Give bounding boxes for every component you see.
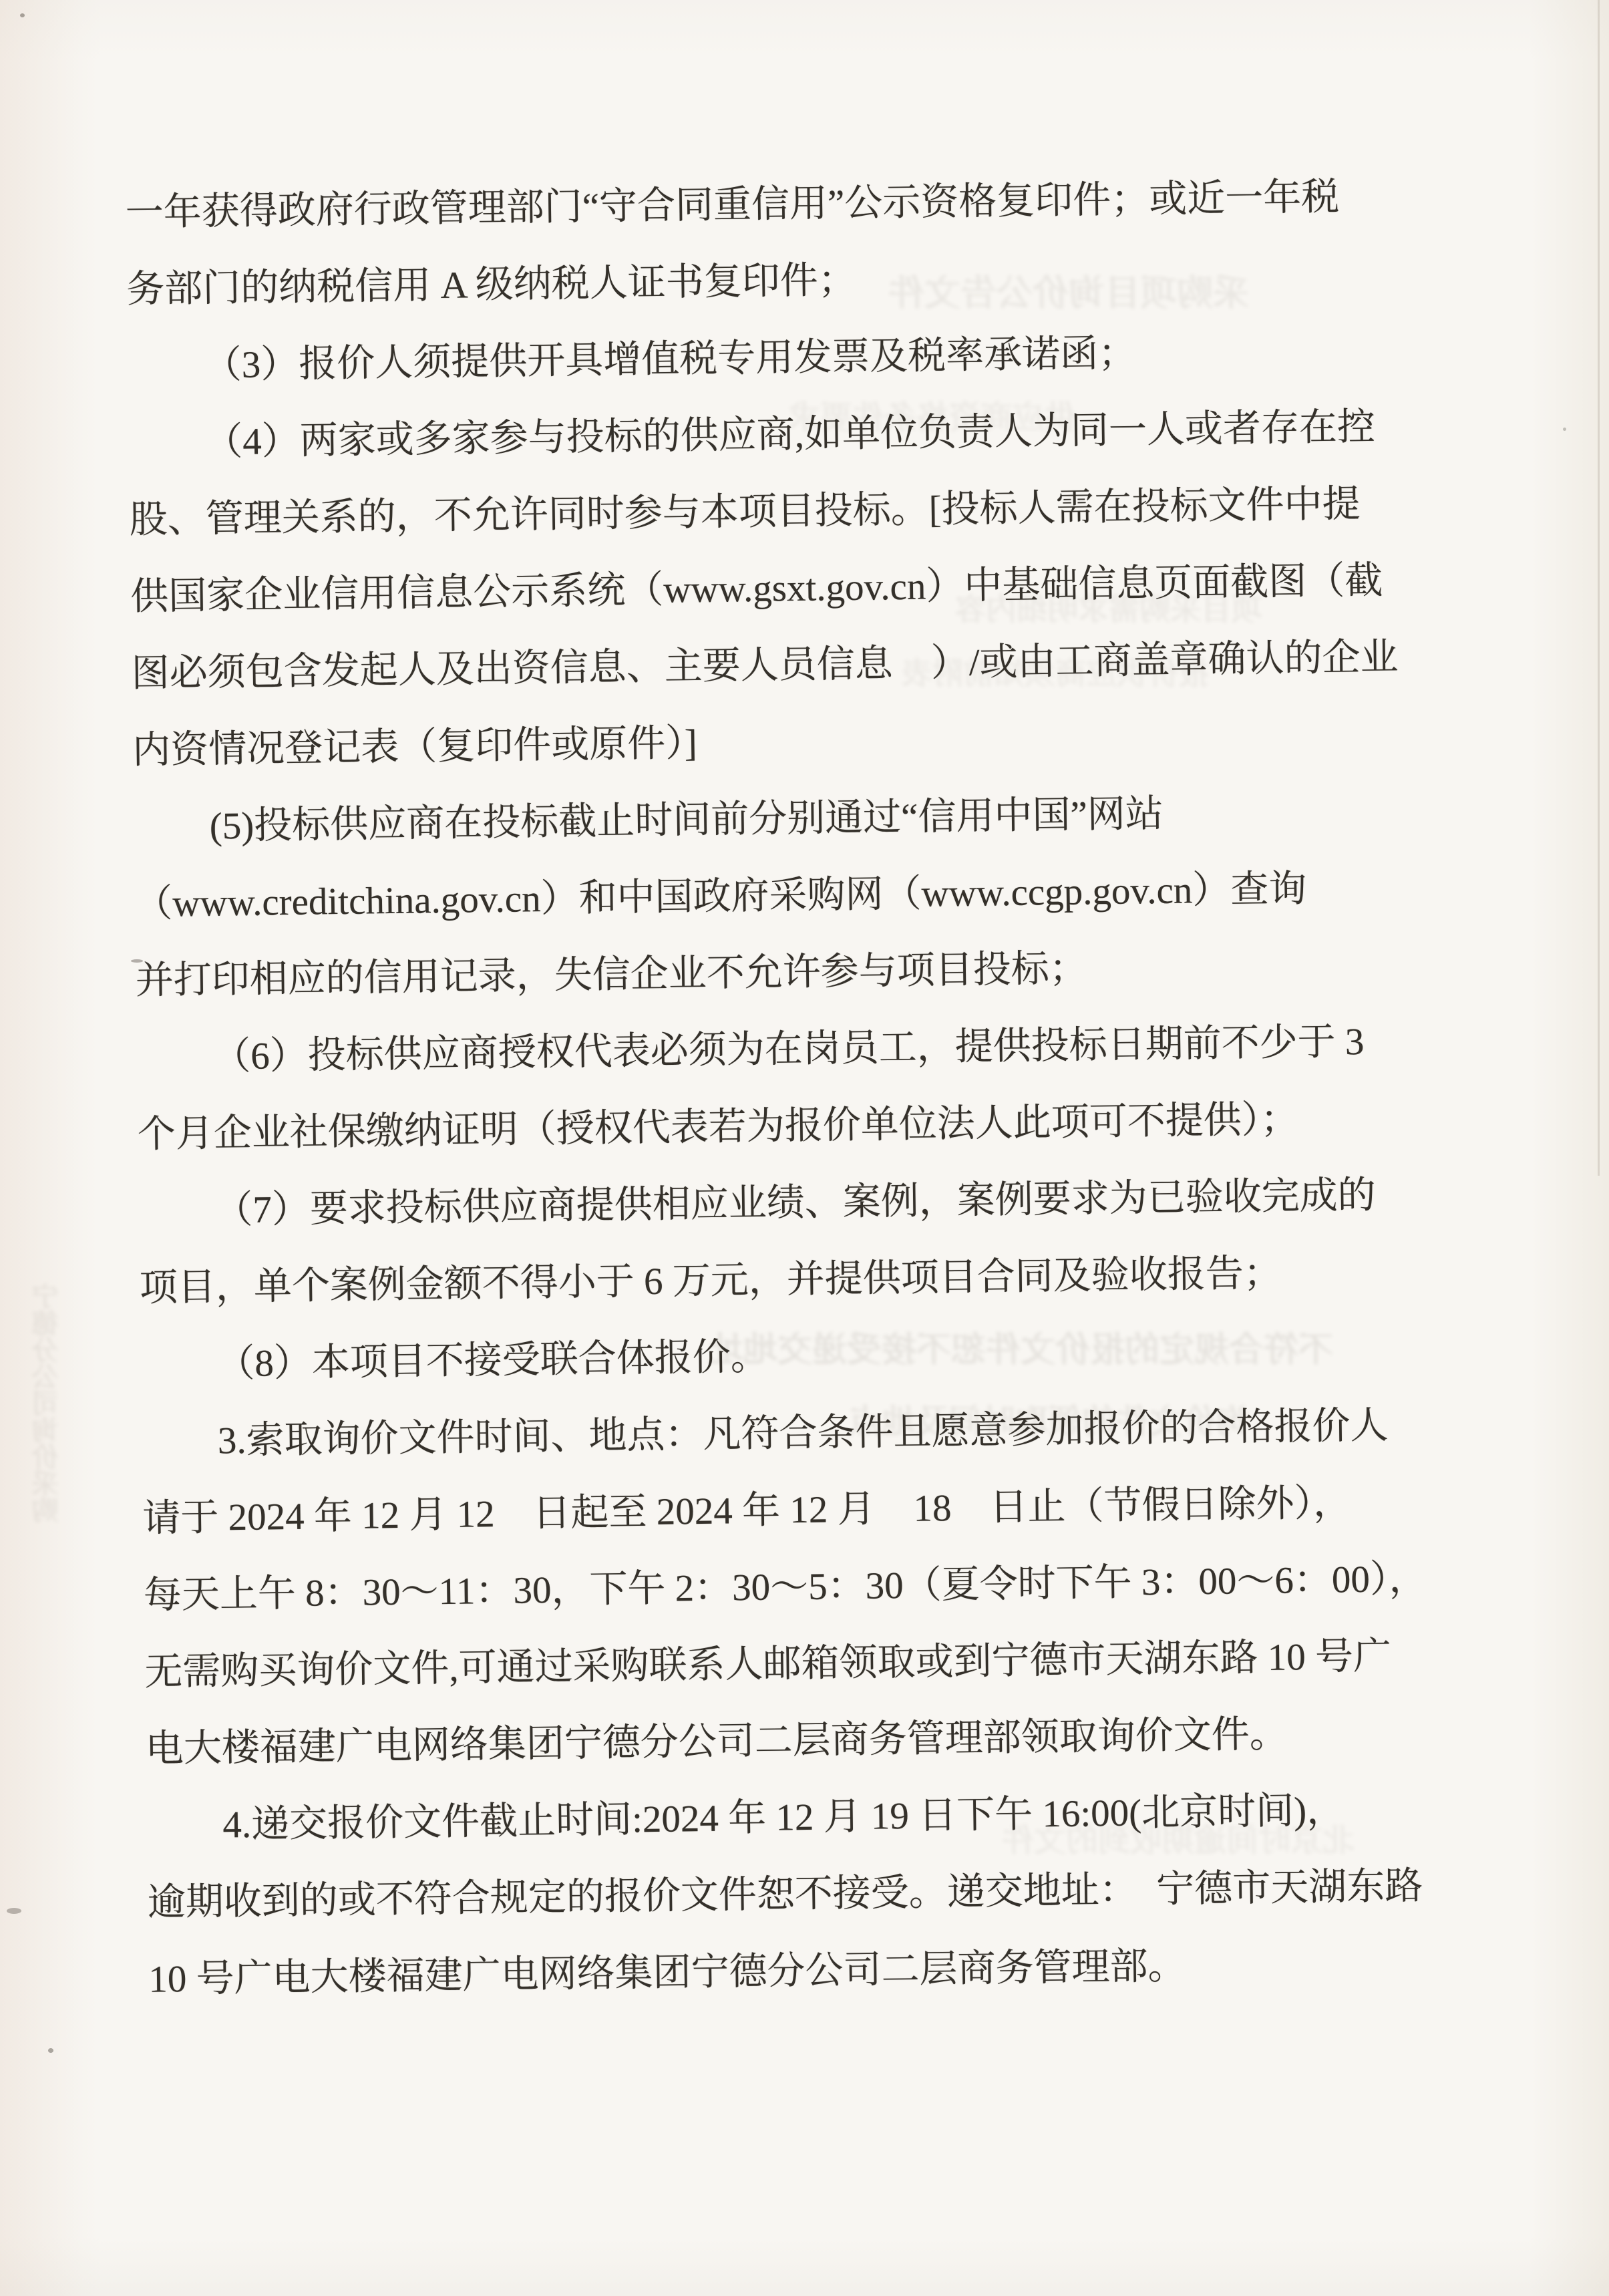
scanned-page: { "page": { "kind": "scanned-procurement… (0, 0, 1609, 2296)
document-body: 一年获得政府行政管理部门“守合同重信用”公示资格复印件；或近一年税务部门的纳税信… (125, 157, 1479, 2018)
dust-speck (20, 13, 25, 17)
dust-speck (7, 1908, 21, 1914)
dust-speck (48, 2048, 53, 2053)
bleed-ghost-text-vertical: 宁德分公司询价采购 (28, 1283, 66, 1523)
scan-bottom-shade (0, 2236, 1609, 2296)
scan-edge-line (1598, 0, 1600, 1176)
dust-speck (1563, 428, 1566, 431)
document-lines: 一年获得政府行政管理部门“守合同重信用”公示资格复印件；或近一年税务部门的纳税信… (125, 157, 1479, 2018)
